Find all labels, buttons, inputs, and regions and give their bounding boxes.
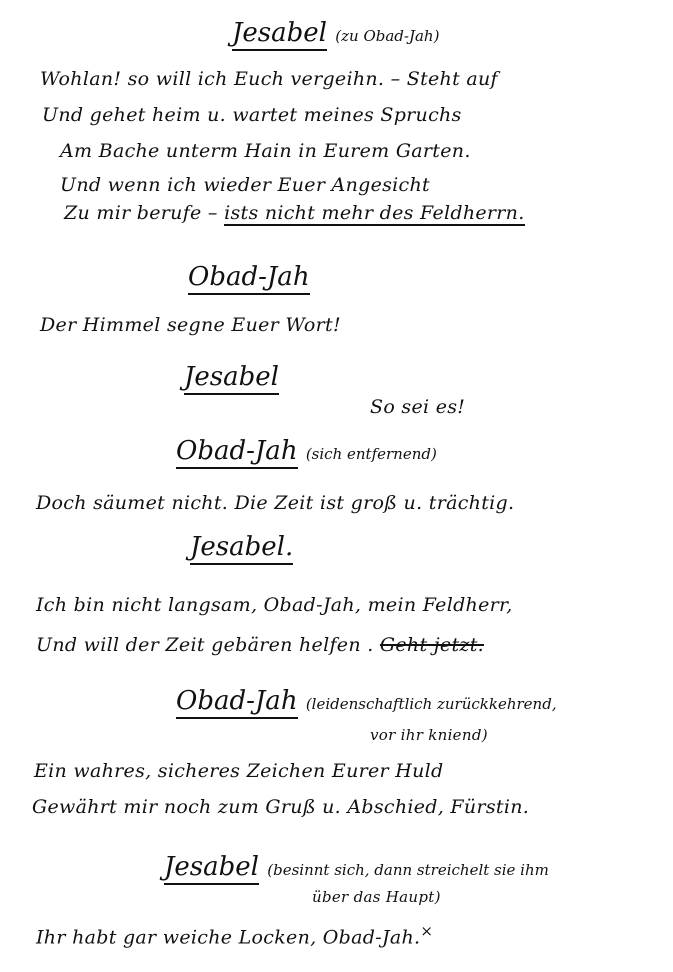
verse-line: Wohlan! so will ich Euch vergeihn. – Ste… <box>40 68 498 90</box>
struck-text: Geht jetzt. <box>380 634 484 656</box>
verse-line: Ein wahres, sicheres Zeichen Eurer Huld <box>34 760 444 782</box>
underlined-text: ists nicht mehr des Feldherrn. <box>224 202 525 226</box>
speaker-name: Jesabel <box>184 362 279 395</box>
verse-line: Gewährt mir noch zum Gruß u. Abschied, F… <box>32 796 529 818</box>
stage-direction: (leidenschaftlich zurückkehrend, <box>306 695 557 713</box>
speaker-name: Jesabel. <box>190 532 293 565</box>
speaker-name: Jesabel <box>232 18 327 51</box>
manuscript-page: Jesabel (zu Obad-Jah) Wohlan! so will ic… <box>0 0 673 972</box>
footnote-mark: × <box>420 922 433 940</box>
speaker-name: Obad-Jah <box>176 686 298 719</box>
speaker-name: Obad-Jah <box>188 262 310 295</box>
stage-direction: (zu Obad-Jah) <box>335 27 439 45</box>
verse-line: Doch säumet nicht. Die Zeit ist groß u. … <box>36 492 514 514</box>
verse-line: Am Bache unterm Hain in Eurem Garten. <box>60 140 471 162</box>
speaker-heading: Jesabel. <box>190 532 293 562</box>
speaker-heading: Jesabel (zu Obad-Jah) <box>232 18 439 48</box>
speaker-heading: Obad-Jah (leidenschaftlich zurückkehrend… <box>176 686 557 716</box>
stage-direction-continued: vor ihr kniend) <box>370 726 488 744</box>
verse-line: Zu mir berufe – ists nicht mehr des Feld… <box>64 202 525 224</box>
stage-direction: (sich entfernend) <box>306 445 437 463</box>
verse-line: Ihr habt gar weiche Locken, Obad-Jah.× <box>36 922 433 948</box>
verse-line: So sei es! <box>370 396 465 418</box>
verse-text: Ihr habt gar weiche Locken, Obad-Jah. <box>36 926 420 948</box>
stage-direction-continued: über das Haupt) <box>312 888 441 906</box>
speaker-name: Obad-Jah <box>176 436 298 469</box>
verse-line: Und wenn ich wieder Euer Angesicht <box>60 174 430 196</box>
stage-direction: (besinnt sich, dann streichelt sie ihm <box>267 861 549 879</box>
verse-line: Und gehet heim u. wartet meines Spruchs <box>42 104 462 126</box>
verse-line: Und will der Zeit gebären helfen . Geht … <box>36 634 484 656</box>
speaker-heading: Obad-Jah (sich entfernend) <box>176 436 437 466</box>
verse-line: Ich bin nicht langsam, Obad-Jah, mein Fe… <box>36 594 513 616</box>
speaker-heading: Jesabel (besinnt sich, dann streichelt s… <box>164 852 549 882</box>
speaker-name: Jesabel <box>164 852 259 885</box>
speaker-heading: Jesabel <box>184 362 279 392</box>
verse-text: Zu mir berufe – <box>64 202 224 224</box>
verse-text: Und will der Zeit gebären helfen . <box>36 634 380 656</box>
verse-line: Der Himmel segne Euer Wort! <box>40 314 341 336</box>
speaker-heading: Obad-Jah <box>188 262 310 292</box>
